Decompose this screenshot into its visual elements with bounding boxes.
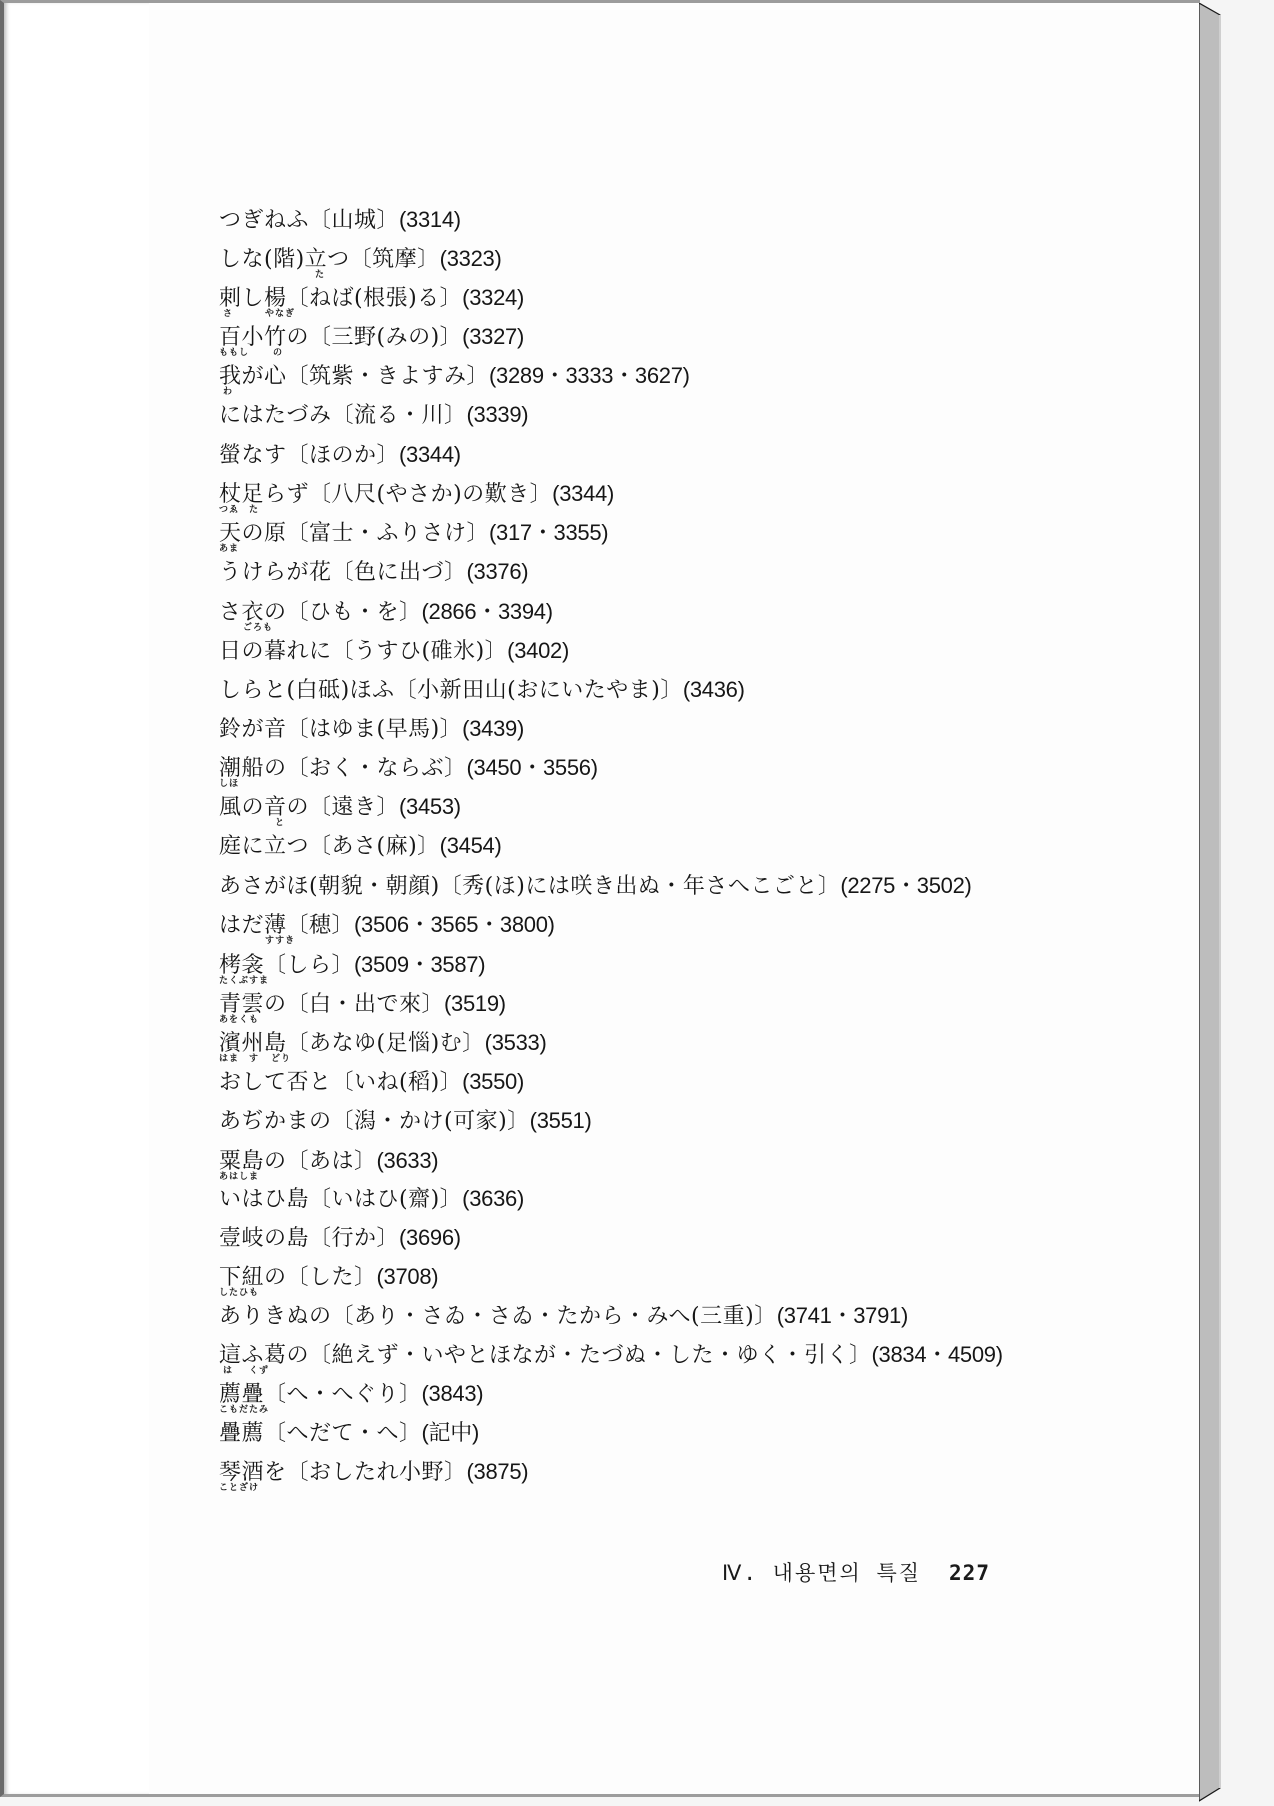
list-item: 粟島の〔あは〕(3633)あはしま xyxy=(219,1147,438,1176)
furigana-reading: こもだたみ xyxy=(219,1405,269,1415)
list-item: 天の原〔富士・ふりさけ〕(317・3355)あま xyxy=(219,519,608,548)
entry-phrase: 鈴が音〔はゆま(早馬)〕 xyxy=(219,717,462,742)
furigana-reading: すすき xyxy=(265,936,295,946)
entry-reference: (3453) xyxy=(399,794,461,819)
entry-phrase: さ衣の〔ひも・を〕 xyxy=(219,600,422,625)
entry-reference: (3741・3791) xyxy=(777,1303,908,1328)
entry-reference: (3636) xyxy=(462,1186,524,1211)
furigana-reading: た xyxy=(315,270,325,280)
entry-reference: (3550) xyxy=(462,1069,524,1094)
list-item: 濱州島〔あなゆ(足惱)む〕(3533)はますどり xyxy=(219,1029,546,1058)
entry-phrase: いはひ島〔いはひ(齋)〕 xyxy=(219,1187,462,1212)
entry-reference: (2275・3502) xyxy=(840,873,971,898)
page-edge-shape xyxy=(1199,3,1221,1803)
furigana-reading: くず xyxy=(249,1366,269,1376)
entry-phrase: 下紐の〔した〕 xyxy=(219,1265,377,1290)
list-item: いはひ島〔いはひ(齋)〕(3636) xyxy=(219,1185,524,1214)
list-item: 薦疊〔へ・へぐり〕(3843)こもだたみ xyxy=(219,1380,483,1409)
entry-reference: (3506・3565・3800) xyxy=(354,912,555,937)
list-item: しらと(白砥)ほふ〔小新田山(おにいたやま)〕(3436) xyxy=(219,676,745,705)
furigana-reading: どり xyxy=(271,1054,291,1064)
list-item: はだ薄〔穂〕(3506・3565・3800)すすき xyxy=(219,911,555,940)
page-number: 227 xyxy=(949,1561,990,1585)
entry-reference: (317・3355) xyxy=(489,520,608,545)
entry-phrase: 日の暮れに〔うすひ(碓氷)〕 xyxy=(219,639,507,664)
entry-reference: (3344) xyxy=(552,481,614,506)
list-item: 日の暮れに〔うすひ(碓氷)〕(3402) xyxy=(219,637,569,666)
list-item: 庭に立つ〔あさ(麻)〕(3454) xyxy=(219,832,501,861)
entry-phrase: 薦疊〔へ・へぐり〕 xyxy=(219,1382,422,1407)
entry-phrase: にはたづみ〔流る・川〕 xyxy=(219,403,467,428)
entry-reference: (3439) xyxy=(462,716,524,741)
list-item: つぎねふ〔山城〕(3314) xyxy=(219,206,461,235)
furigana-reading: ごろも xyxy=(243,623,273,633)
entry-reference: (3843) xyxy=(422,1381,484,1406)
list-item: 壹岐の島〔行か〕(3696) xyxy=(219,1224,461,1253)
list-item: 刺し楊〔ねば(根張)る〕(3324)さやなぎ xyxy=(219,284,524,313)
entry-reference: (3696) xyxy=(399,1225,461,1250)
entry-phrase: 百小竹の〔三野(みの)〕 xyxy=(219,325,462,350)
entry-phrase: 潮船の〔おく・ならぶ〕 xyxy=(219,756,467,781)
entry-phrase: 疊薦〔へだて・へ〕 xyxy=(219,1421,422,1446)
entry-reference: (3454) xyxy=(440,833,502,858)
list-item: 青雲の〔白・出で來〕(3519)あをくも xyxy=(219,990,506,1019)
furigana-reading: たくぶすま xyxy=(219,976,269,986)
entry-phrase: 刺し楊〔ねば(根張)る〕 xyxy=(219,286,462,311)
entry-phrase: 琴酒を〔おしたれ小野〕 xyxy=(219,1460,467,1485)
entry-phrase: 風の音の〔遠き〕 xyxy=(219,795,399,820)
furigana-reading: あま xyxy=(219,544,239,554)
entry-reference: (3533) xyxy=(485,1030,547,1055)
entry-phrase: 螢なす〔ほのか〕 xyxy=(219,443,399,468)
furigana-reading: あはしま xyxy=(219,1172,259,1182)
entry-reference: (3450・3556) xyxy=(467,755,598,780)
furigana-reading: た xyxy=(249,505,259,515)
furigana-reading: さ xyxy=(223,309,233,319)
list-item: 栲衾〔しら〕(3509・3587)たくぶすま xyxy=(219,951,485,980)
entry-phrase: 天の原〔富士・ふりさけ〕 xyxy=(219,521,489,546)
furigana-reading: しほ xyxy=(219,779,239,789)
list-item: 我が心〔筑紫・きよすみ〕(3289・3333・3627)わ xyxy=(219,362,690,391)
entry-phrase: 青雲の〔白・出で來〕 xyxy=(219,992,444,1017)
page-edge-3d xyxy=(1199,3,1221,1803)
list-item: 這ふ葛の〔絶えず・いやとほなが・たづぬ・した・ゆく・引く〕(3834・4509)… xyxy=(219,1341,1003,1370)
entry-reference: (3834・4509) xyxy=(872,1342,1003,1367)
footer-section-title: Ⅳ. 내용면의 특질 xyxy=(722,1561,921,1585)
furigana-reading: は xyxy=(223,1366,233,1376)
entry-reference: (3436) xyxy=(683,677,745,702)
entry-reference: (3509・3587) xyxy=(354,952,485,977)
running-footer: Ⅳ. 내용면의 특질227 xyxy=(722,1557,990,1587)
list-item: にはたづみ〔流る・川〕(3339) xyxy=(219,401,528,430)
entry-reference: (3289・3333・3627) xyxy=(489,363,690,388)
entry-reference: (3376) xyxy=(467,559,529,584)
entry-reference: (2866・3394) xyxy=(422,599,553,624)
list-item: 百小竹の〔三野(みの)〕(3327)ももしの xyxy=(219,323,524,352)
list-item: さ衣の〔ひも・を〕(2866・3394)ごろも xyxy=(219,598,553,627)
list-item: ありきぬの〔あり・さゐ・さゐ・たから・みへ(三重)〕(3741・3791) xyxy=(219,1302,908,1331)
list-item: 疊薦〔へだて・へ〕(記中) xyxy=(219,1419,479,1448)
list-item: 琴酒を〔おしたれ小野〕(3875)ことざけ xyxy=(219,1458,528,1487)
list-item: うけらが花〔色に出づ〕(3376) xyxy=(219,558,528,587)
furigana-reading: はま xyxy=(219,1054,239,1064)
entry-phrase: うけらが花〔色に出づ〕 xyxy=(219,560,467,585)
entry-phrase: 壹岐の島〔行か〕 xyxy=(219,1226,399,1251)
entry-phrase: はだ薄〔穂〕 xyxy=(219,913,354,938)
list-item: しな(階)立つ〔筑摩〕(3323)た xyxy=(219,245,501,274)
furigana-reading: ことざけ xyxy=(219,1483,259,1493)
entry-reference: (3708) xyxy=(377,1264,439,1289)
entry-phrase: しな(階)立つ〔筑摩〕 xyxy=(219,247,440,272)
furigana-reading: あをくも xyxy=(219,1015,259,1025)
entry-phrase: ありきぬの〔あり・さゐ・さゐ・たから・みへ(三重)〕 xyxy=(219,1304,777,1329)
list-item: 螢なす〔ほのか〕(3344) xyxy=(219,441,461,470)
furigana-reading: わ xyxy=(223,387,233,397)
entry-reference: (3402) xyxy=(507,638,569,663)
entry-phrase: おして否と〔いね(稻)〕 xyxy=(219,1070,462,1095)
list-item: 潮船の〔おく・ならぶ〕(3450・3556)しほ xyxy=(219,754,598,783)
list-item: 杖足らず〔八尺(やさか)の歎き〕(3344)つゑた xyxy=(219,480,614,509)
entry-phrase: 這ふ葛の〔絶えず・いやとほなが・たづぬ・した・ゆく・引く〕 xyxy=(219,1343,872,1368)
furigana-reading: したひも xyxy=(219,1288,259,1298)
entry-reference: (3339) xyxy=(467,402,529,427)
list-item: あさがほ(朝貌・朝顔)〔秀(ほ)には咲き出ぬ・年さへこごと〕(2275・3502… xyxy=(219,872,972,901)
list-item: 鈴が音〔はゆま(早馬)〕(3439) xyxy=(219,715,524,744)
entry-reference: (3633) xyxy=(377,1148,439,1173)
entry-reference: (3324) xyxy=(462,285,524,310)
list-item: 下紐の〔した〕(3708)したひも xyxy=(219,1263,438,1292)
entry-phrase: 粟島の〔あは〕 xyxy=(219,1149,377,1174)
entry-reference: (3314) xyxy=(399,207,461,232)
furigana-reading: す xyxy=(249,1054,259,1064)
furigana-reading: ももし xyxy=(219,348,249,358)
furigana-reading: やなぎ xyxy=(265,309,295,319)
entry-phrase: 濱州島〔あなゆ(足惱)む〕 xyxy=(219,1031,485,1056)
list-item: あぢかまの〔潟・かけ(可家)〕(3551) xyxy=(219,1107,591,1136)
furigana-reading: の xyxy=(273,348,283,358)
entry-phrase: あさがほ(朝貌・朝顔)〔秀(ほ)には咲き出ぬ・年さへこごと〕 xyxy=(219,874,840,899)
entry-reference: (3551) xyxy=(530,1108,592,1133)
entry-reference: (3519) xyxy=(444,991,506,1016)
entry-reference: (3344) xyxy=(399,442,461,467)
furigana-reading: つゑ xyxy=(219,505,239,515)
furigana-reading: と xyxy=(275,818,285,828)
entry-phrase: あぢかまの〔潟・かけ(可家)〕 xyxy=(219,1109,530,1134)
entry-reference: (3875) xyxy=(467,1459,529,1484)
list-item: おして否と〔いね(稻)〕(3550) xyxy=(219,1068,524,1097)
list-item: 風の音の〔遠き〕(3453)と xyxy=(219,793,461,822)
document-viewport: つぎねふ〔山城〕(3314)しな(階)立つ〔筑摩〕(3323)た刺し楊〔ねば(根… xyxy=(0,0,1274,1806)
entry-phrase: 栲衾〔しら〕 xyxy=(219,953,354,978)
entry-reference: (3323) xyxy=(440,246,502,271)
entry-phrase: 我が心〔筑紫・きよすみ〕 xyxy=(219,364,489,389)
entry-phrase: つぎねふ〔山城〕 xyxy=(219,208,399,233)
entry-phrase: しらと(白砥)ほふ〔小新田山(おにいたやま)〕 xyxy=(219,678,683,703)
entry-reference: (3327) xyxy=(462,324,524,349)
entry-reference: (記中) xyxy=(422,1420,479,1445)
entry-phrase: 庭に立つ〔あさ(麻)〕 xyxy=(219,834,440,859)
entry-phrase: 杖足らず〔八尺(やさか)の歎き〕 xyxy=(219,482,552,507)
